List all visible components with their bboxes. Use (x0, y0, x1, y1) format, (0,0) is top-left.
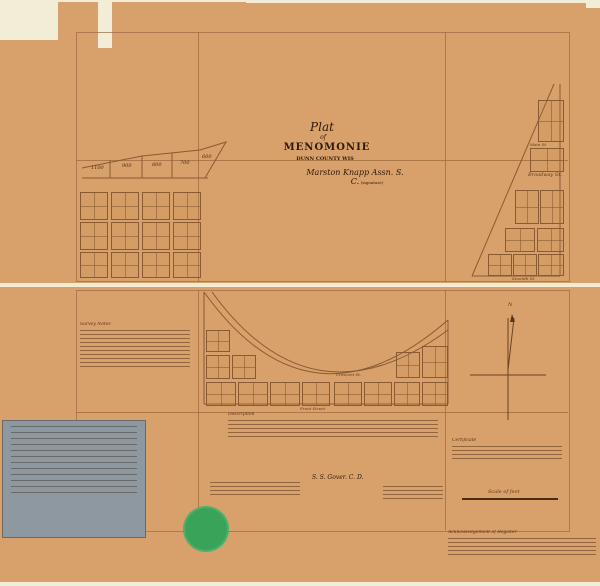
city-block (505, 228, 535, 252)
surveyor-sub: (signature) (352, 180, 392, 185)
certificate-text: Certificate (452, 438, 562, 482)
city-block (80, 192, 108, 220)
city-block (142, 222, 170, 250)
green-seal-icon (185, 508, 227, 550)
city-block (206, 355, 230, 379)
city-block (111, 252, 139, 278)
street-label: Broadway St. (528, 172, 562, 178)
lot-label: 700 (180, 160, 190, 166)
city-block (513, 254, 537, 276)
attached-letter (2, 420, 146, 538)
city-block (538, 100, 564, 142)
street-label: Crescent St. (336, 372, 361, 377)
city-block (302, 382, 330, 406)
survey-notes-text: Survey Notes (80, 322, 190, 412)
city-block (142, 252, 170, 278)
map-title: Plat (292, 120, 352, 134)
upper-vertical-divider-2 (445, 32, 446, 282)
description-text: Description (228, 412, 438, 462)
city-block (537, 228, 564, 252)
paper-top-right-edge (586, 8, 600, 52)
map-county: DUNN COUNTY WIS (290, 156, 360, 162)
certificate-heading: Certificate (452, 438, 562, 444)
lower-vertical-divider (198, 290, 199, 530)
bottom-torn-edge (0, 582, 600, 586)
city-block (111, 222, 139, 250)
city-block (396, 352, 420, 378)
city-block (173, 192, 201, 220)
fold-crease (0, 283, 600, 287)
city-block (515, 190, 539, 224)
city-block (80, 252, 108, 278)
city-block (394, 382, 420, 406)
register-text: Acknowledgement of Register (448, 530, 596, 584)
witness-block (383, 484, 443, 520)
street-label: Front Street (300, 406, 325, 411)
city-block (173, 222, 201, 250)
north-arrow-icon (468, 310, 548, 420)
paper-top-left-edge (0, 40, 60, 52)
map-sheet: Plat of MENOMONIE DUNN COUNTY WIS Marsto… (0, 0, 600, 586)
register-heading: Acknowledgement of Register (448, 530, 596, 536)
city-block (540, 190, 564, 224)
lot-label: 1100 (91, 165, 104, 171)
certificate-signature: S. S. Gover. C. D. (312, 474, 364, 481)
lot-label: 800 (152, 162, 162, 168)
city-block (334, 382, 362, 406)
city-block (173, 252, 201, 278)
city-block (530, 148, 564, 172)
city-block (232, 355, 256, 379)
street-label: Main St. (530, 142, 547, 147)
description-heading: Description (228, 412, 438, 418)
survey-notes-heading: Survey Notes (80, 322, 190, 328)
compass-label: N (508, 302, 512, 308)
city-block (422, 382, 448, 406)
city-block (238, 382, 268, 406)
street-label: Seventh St. (512, 276, 535, 281)
city-block (206, 382, 236, 406)
city-block (364, 382, 392, 406)
city-block (111, 192, 139, 220)
city-block (142, 192, 170, 220)
map-title-town: MENOMONIE (282, 142, 372, 153)
lot-label: 900 (122, 163, 132, 169)
city-block (80, 222, 108, 250)
signatures-block (210, 480, 300, 516)
scale-label: Scale of feet (488, 489, 520, 495)
lot-label: 600 (202, 154, 212, 160)
scale-bar (462, 498, 558, 500)
city-block (488, 254, 512, 276)
city-block (422, 346, 448, 378)
city-block (206, 330, 230, 352)
city-block (538, 254, 564, 276)
city-block (270, 382, 300, 406)
map-title-of: of (308, 134, 338, 141)
